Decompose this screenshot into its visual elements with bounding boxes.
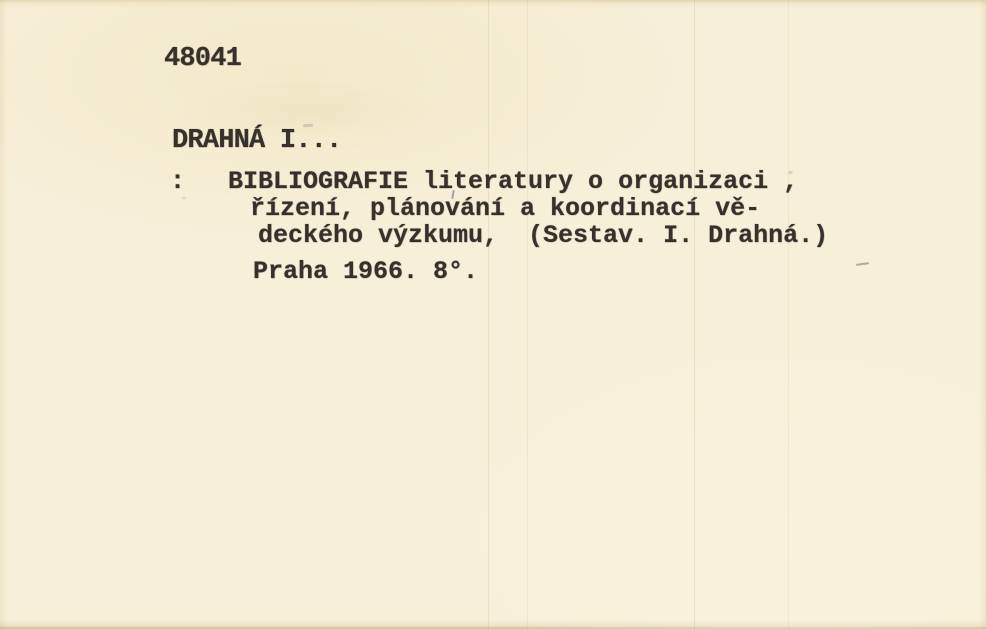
paper-crease-line: [788, 0, 789, 629]
paper-crease-line: [694, 0, 695, 629]
paper-crease-line: [527, 0, 528, 629]
title-colon: :: [170, 168, 185, 195]
title-line: BIBLIOGRAFIE literatury o organizaci ,: [228, 168, 798, 195]
author-heading: DRAHNÁ I...: [172, 128, 341, 155]
pencil-mark: [856, 262, 869, 266]
catalog-card: 48041 DRAHNÁ I... : BIBLIOGRAFIE literat…: [0, 0, 986, 629]
paper-crease-line: [488, 0, 489, 629]
catalog-number: 48041: [164, 46, 241, 73]
ink-speck: [181, 196, 187, 200]
title-line: řízení, plánování a koordinací vě-: [250, 195, 760, 222]
title-line: deckého výzkumu, (Sestav. I. Drahná.): [258, 222, 828, 249]
imprint-line: Praha 1966. 8°.: [253, 258, 478, 285]
